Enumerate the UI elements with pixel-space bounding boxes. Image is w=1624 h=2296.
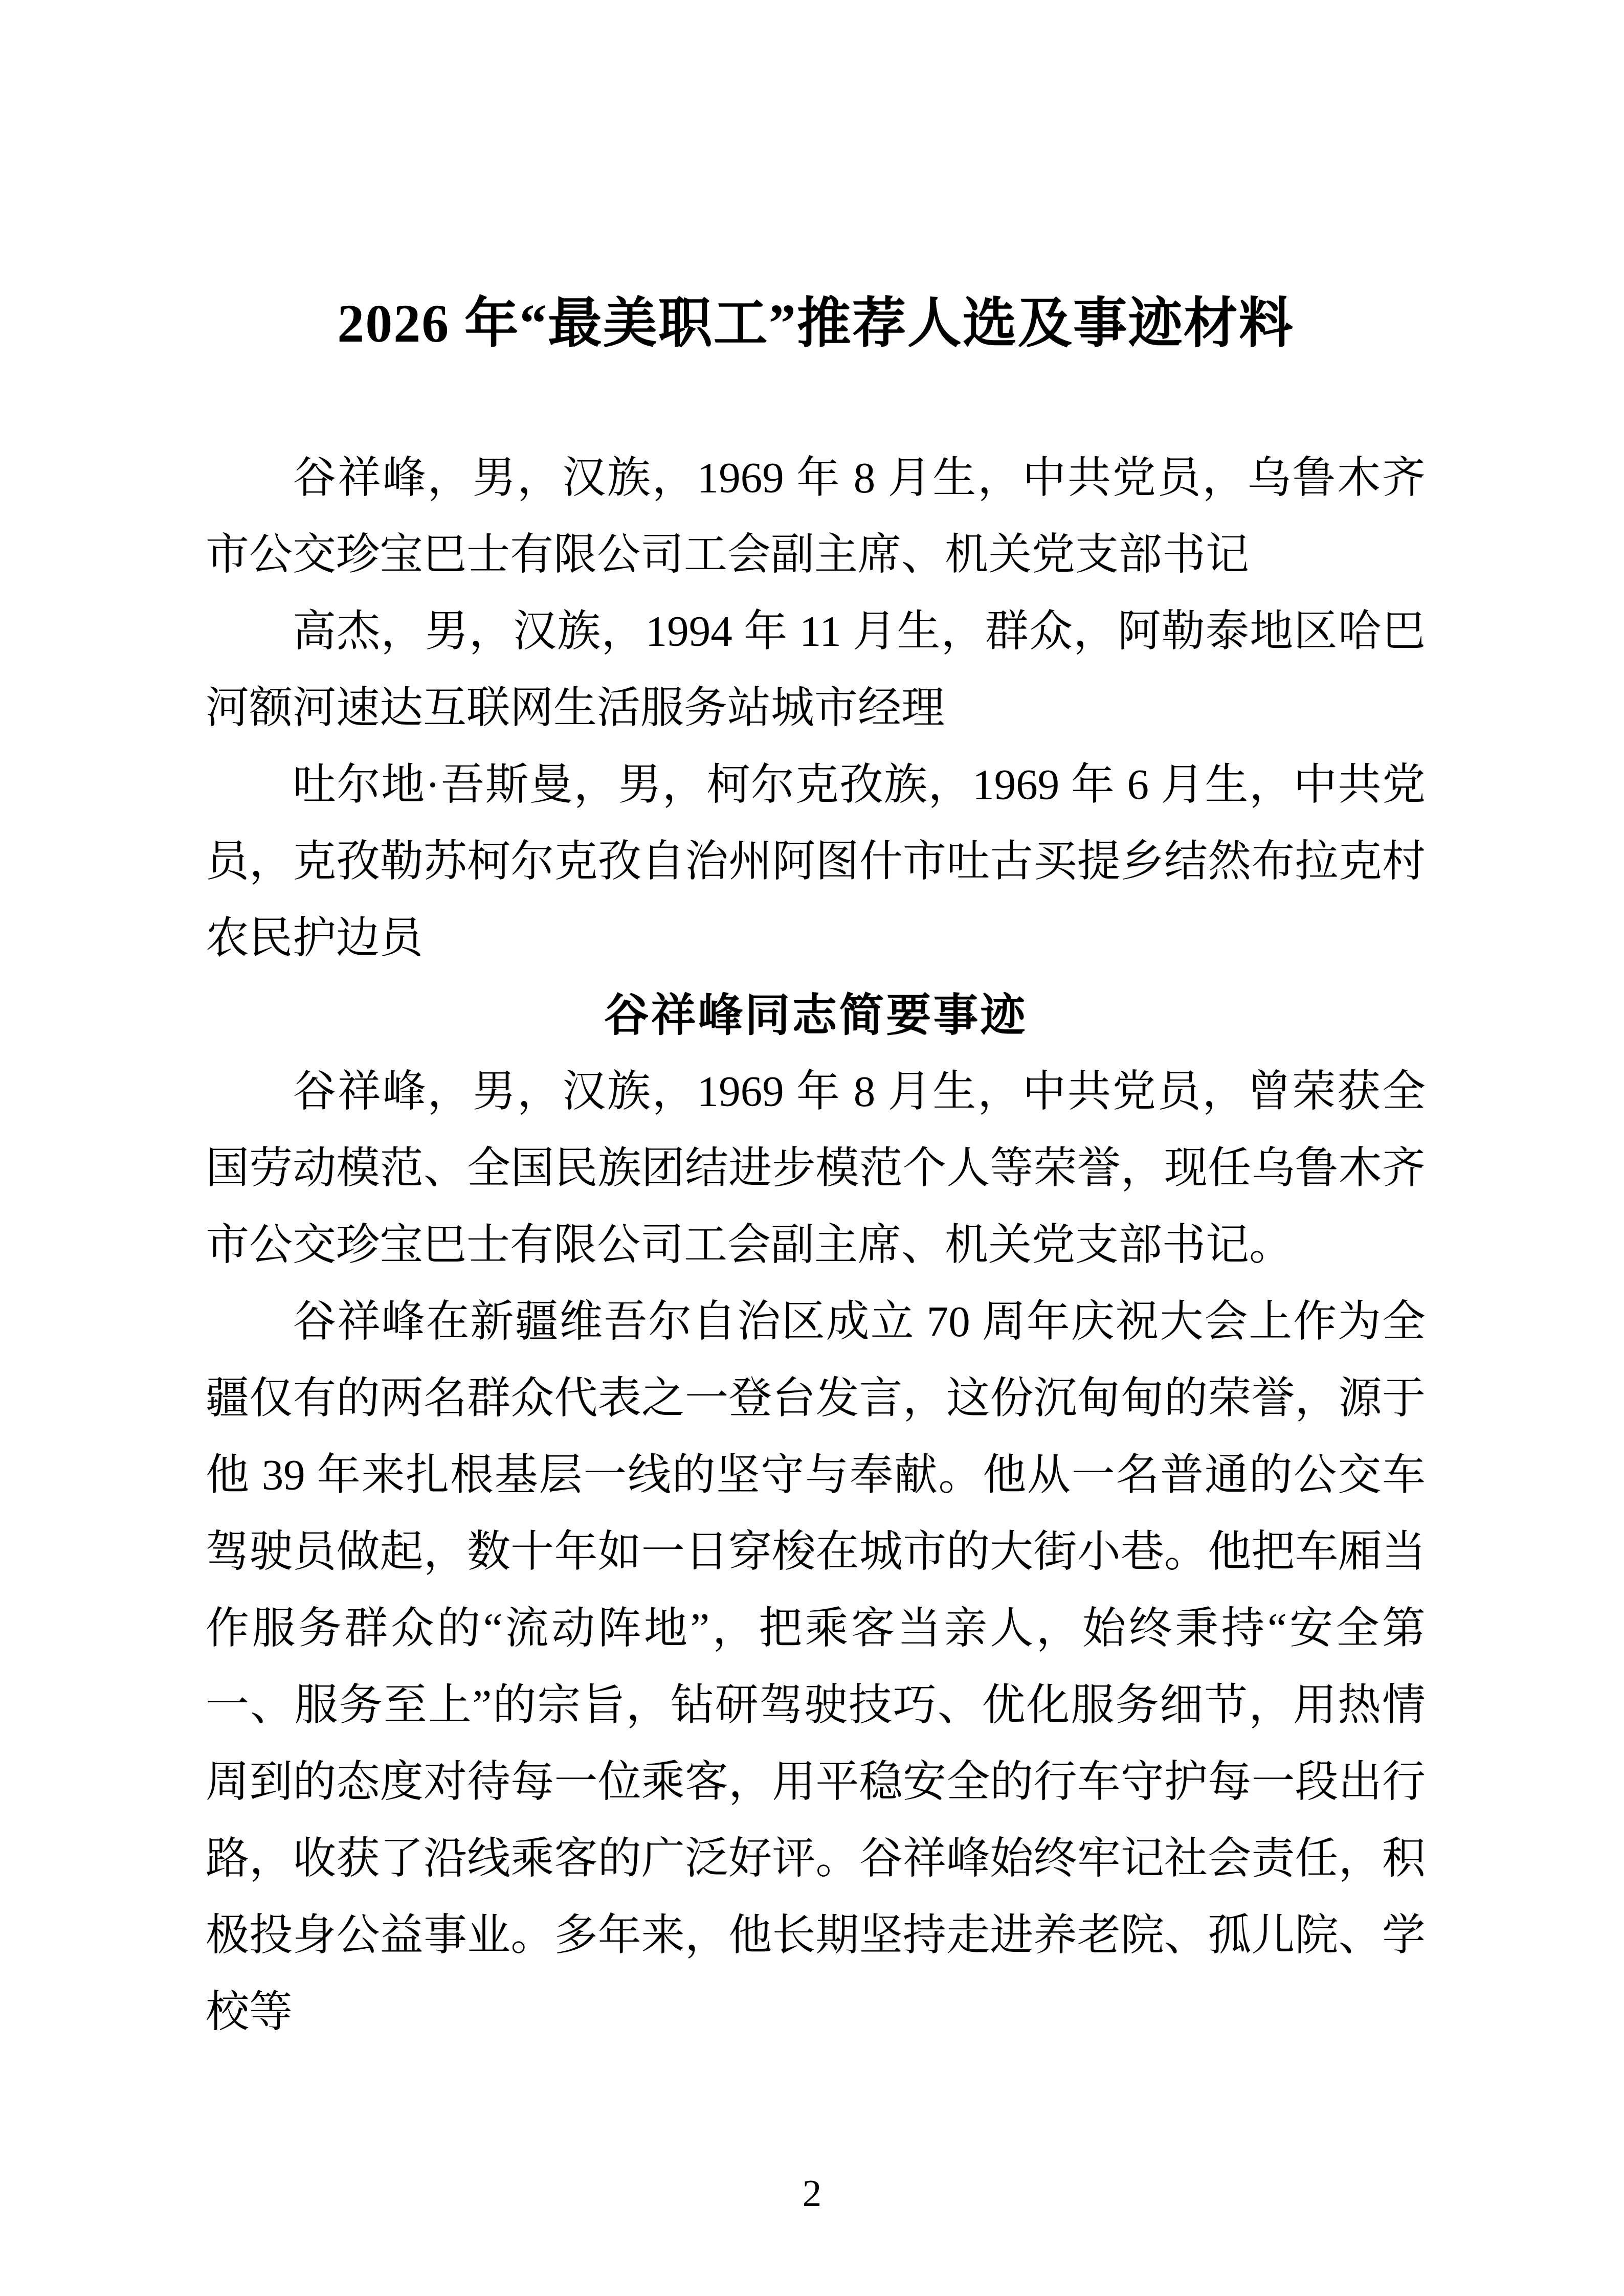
document-title: 2026 年“最美职工”推荐人选及事迹材料 [206,284,1426,363]
section-paragraph-summary: 谷祥峰，男，汉族，1969 年 8 月生，中共党员，曾荣获全国劳动模范、全国民族… [206,1053,1426,1284]
intro-paragraph-gu-xiangfeng: 谷祥峰，男，汉族，1969 年 8 月生，中共党员，乌鲁木齐市公交珍宝巴士有限公… [206,440,1426,593]
intro-paragraph-gao-jie: 高杰，男，汉族，1994 年 11 月生，群众，阿勒泰地区哈巴河额河速达互联网生… [206,593,1426,747]
section-heading: 谷祥峰同志简要事迹 [206,977,1426,1053]
intro-paragraph-tuerdi-wusiman: 吐尔地·吾斯曼，男，柯尔克孜族，1969 年 6 月生，中共党员，克孜勒苏柯尔克… [206,747,1426,977]
section-paragraph-deeds: 谷祥峰在新疆维吾尔自治区成立 70 周年庆祝大会上作为全疆仅有的两名群众代表之一… [206,1284,1426,2051]
document-page: 2026 年“最美职工”推荐人选及事迹材料 谷祥峰，男，汉族，1969 年 8 … [0,0,1624,2296]
page-number: 2 [0,2173,1624,2214]
document-content: 2026 年“最美职工”推荐人选及事迹材料 谷祥峰，男，汉族，1969 年 8 … [206,284,1426,2051]
